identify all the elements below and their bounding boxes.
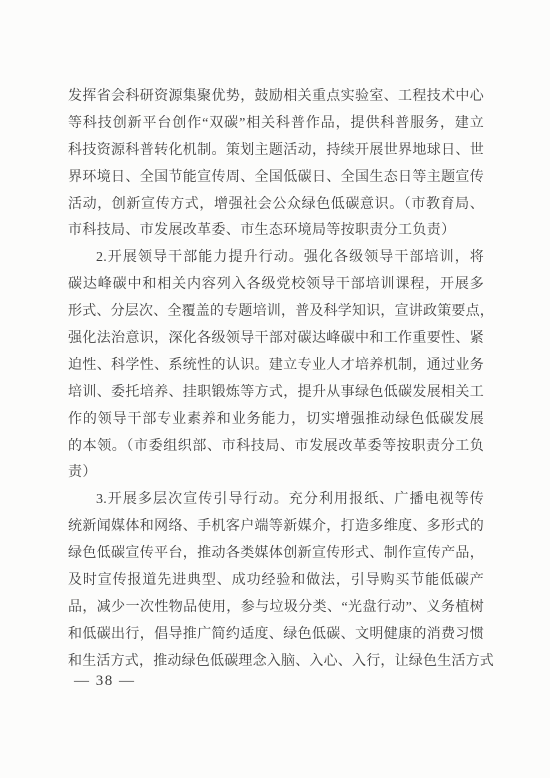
text-line: 绿色低碳宣传平台，推动各类媒体创新宣传形式、制作宣传产品，	[68, 541, 484, 568]
document-body: 发挥省会科研资源集聚优势，鼓励相关重点实验室、工程技术中心 等科技创新平台创作“…	[68, 84, 484, 676]
text-line: 及时宣传报道先进典型、成功经验和做法，引导购买节能低碳产	[68, 568, 484, 595]
text-line: 发挥省会科研资源集聚优势，鼓励相关重点实验室、工程技术中心	[68, 84, 484, 111]
paragraph-continuation: 发挥省会科研资源集聚优势，鼓励相关重点实验室、工程技术中心 等科技创新平台创作“…	[68, 84, 484, 245]
text-line: 作的领导干部专业素养和业务能力，切实增强推动绿色低碳发展	[68, 407, 484, 434]
text-line: 2.开展领导干部能力提升行动。强化各级领导干部培训，将	[68, 245, 484, 272]
text-line: 和低碳出行，倡导推广简约适度、绿色低碳、文明健康的消费习惯	[68, 622, 484, 649]
document-page: 发挥省会科研资源集聚优势，鼓励相关重点实验室、工程技术中心 等科技创新平台创作“…	[0, 0, 550, 778]
text-line: 市科技局、市发展改革委、市生态环境局等按职责分工负责）	[68, 218, 484, 245]
text-line: 强化法治意识，深化各级领导干部对碳达峰碳中和工作重要性、紧	[68, 326, 484, 353]
text-line: 形式、分层次、全覆盖的专题培训，普及科学知识，宣讲政策要点，	[68, 299, 484, 326]
text-line: 培训、委托培养、挂职锻炼等方式，提升从事绿色低碳发展相关工	[68, 380, 484, 407]
text-line: 等科技创新平台创作“双碳”相关科普作品，提供科普服务，建立	[68, 111, 484, 138]
text-line: 的本领。（市委组织部、市科技局、市发展改革委等按职责分工负	[68, 434, 484, 461]
text-line: 统新闻媒体和网络、手机客户端等新媒介，打造多维度、多形式的	[68, 514, 484, 541]
page-number: — 38 —	[74, 673, 136, 689]
paragraph-item-3: 3.开展多层次宣传引导行动。充分利用报纸、广播电视等传 统新闻媒体和网络、手机客…	[68, 487, 484, 675]
text-line: 责）	[68, 460, 484, 487]
text-line: 界环境日、全国节能宣传周、全国低碳日、全国生态日等主题宣传	[68, 165, 484, 192]
text-line: 品，减少一次性物品使用，参与垃圾分类、“光盘行动”、义务植树	[68, 595, 484, 622]
text-line: 3.开展多层次宣传引导行动。充分利用报纸、广播电视等传	[68, 487, 484, 514]
page-footer: — 38 —	[74, 671, 136, 691]
text-line: 碳达峰碳中和相关内容列入各级党校领导干部培训课程，开展多	[68, 272, 484, 299]
text-line: 迫性、科学性、系统性的认识。建立专业人才培养机制，通过业务	[68, 353, 484, 380]
text-line: 科技资源科普转化机制。策划主题活动，持续开展世界地球日、世	[68, 138, 484, 165]
paragraph-item-2: 2.开展领导干部能力提升行动。强化各级领导干部培训，将 碳达峰碳中和相关内容列入…	[68, 245, 484, 487]
text-line: 活动，创新宣传方式，增强社会公众绿色低碳意识。（市教育局、	[68, 192, 484, 219]
